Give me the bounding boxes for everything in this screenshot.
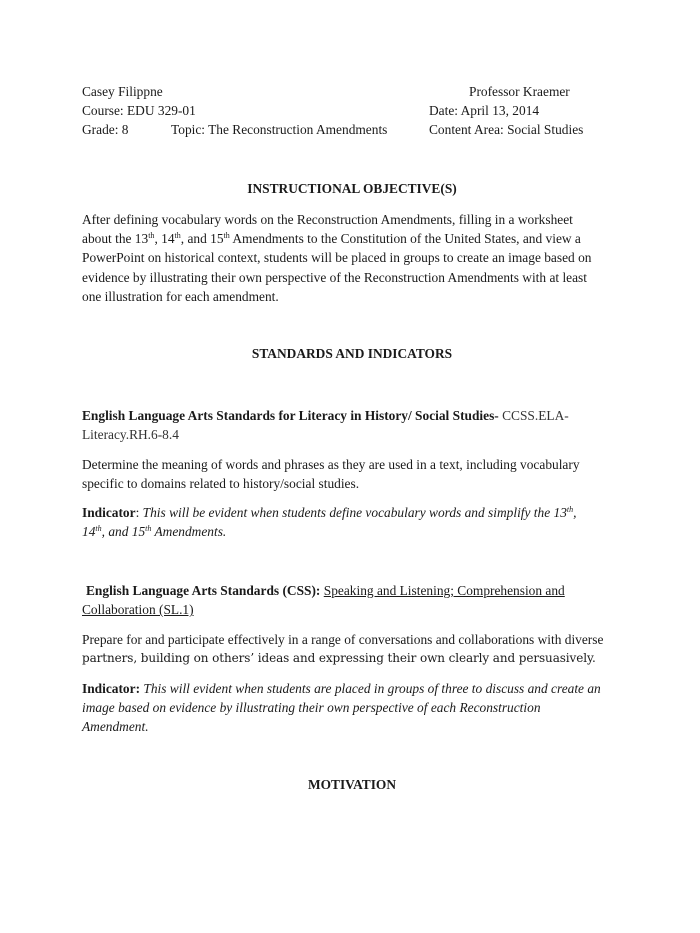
indicator-text: ,	[573, 505, 576, 520]
indicator-line: Indicator: This will evident when studen…	[82, 679, 617, 698]
indicator-line: Amendment.	[82, 717, 617, 736]
standard-title-line: English Language Arts Standards for Lite…	[82, 406, 617, 425]
indicator-line: 14th, and 15th Amendments.	[82, 522, 617, 541]
standard-2-indicator: Indicator: This will evident when studen…	[82, 679, 617, 737]
content-area-info: Content Area: Social Studies	[429, 122, 583, 138]
objective-paragraph: After defining vocabulary words on the R…	[82, 210, 617, 306]
objective-line: evidence by illustrating their own persp…	[82, 268, 617, 287]
indicator-line: image based on evidence by illustrating …	[82, 698, 617, 717]
objective-heading: INSTRUCTIONAL OBJECTIVE(S)	[82, 181, 622, 197]
grade-info: Grade: 8	[82, 122, 128, 138]
standard-1-indicator: Indicator: This will be evident when stu…	[82, 503, 617, 541]
standard-link[interactable]: Speaking and Listening; Comprehension an…	[324, 583, 565, 598]
text-run: :	[136, 505, 143, 520]
indicator-label: Indicator:	[82, 681, 140, 696]
indicator-text: This will evident when students are plac…	[143, 681, 600, 696]
text-run: Amendments to the Constitution of the Un…	[230, 231, 581, 246]
indicator-text: Amendments.	[151, 524, 226, 539]
objective-line: about the 13th, 14th, and 15th Amendment…	[82, 229, 617, 248]
standard-1-description: Determine the meaning of words and phras…	[82, 455, 617, 493]
indicator-text: This will be evident when students defin…	[143, 505, 567, 520]
standard-1-title: English Language Arts Standards for Lite…	[82, 406, 617, 444]
description-line: Determine the meaning of words and phras…	[82, 455, 617, 474]
author-name: Casey Filippne	[82, 84, 163, 100]
course-info: Course: EDU 329-01	[82, 103, 196, 119]
indicator-text: 14	[82, 524, 95, 539]
indicator-text: image based on evidence by illustrating …	[82, 700, 541, 715]
objective-line: one illustration for each amendment.	[82, 287, 617, 306]
indicator-text: , and 15	[102, 524, 146, 539]
text-run: about the 13	[82, 231, 148, 246]
standard-link[interactable]: Collaboration (SL.1)	[82, 602, 194, 617]
text-run: , 14	[154, 231, 174, 246]
description-line: specific to domains related to history/s…	[82, 474, 617, 493]
description-line: Prepare for and participate effectively …	[82, 630, 617, 649]
date-info: Date: April 13, 2014	[429, 103, 539, 119]
topic-info: Topic: The Reconstruction Amendments	[171, 122, 387, 138]
standard-2-description: Prepare for and participate effectively …	[82, 630, 617, 668]
objective-line: After defining vocabulary words on the R…	[82, 210, 617, 229]
standard-title-bold: English Language Arts Standards for Lite…	[82, 408, 499, 423]
standard-title-bold: English Language Arts Standards (CSS):	[86, 583, 320, 598]
motivation-heading: MOTIVATION	[82, 777, 622, 793]
standard-code-line: Literacy.RH.6-8.4	[82, 425, 617, 444]
standard-title-line: Collaboration (SL.1)	[82, 600, 617, 619]
standards-heading: STANDARDS AND INDICATORS	[82, 346, 622, 362]
indicator-text: Amendment.	[82, 719, 149, 734]
objective-line: PowerPoint on historical context, studen…	[82, 248, 617, 267]
description-line: partners, building on others’ ideas and …	[82, 649, 617, 668]
standard-2-title: English Language Arts Standards (CSS): S…	[82, 581, 617, 619]
standard-code: CCSS.ELA-	[499, 408, 569, 423]
standard-title-line: English Language Arts Standards (CSS): S…	[82, 581, 617, 600]
indicator-label: Indicator	[82, 505, 136, 520]
text-run: , and 15	[181, 231, 224, 246]
indicator-line: Indicator: This will be evident when stu…	[82, 503, 617, 522]
professor-name: Professor Kraemer	[469, 84, 570, 100]
